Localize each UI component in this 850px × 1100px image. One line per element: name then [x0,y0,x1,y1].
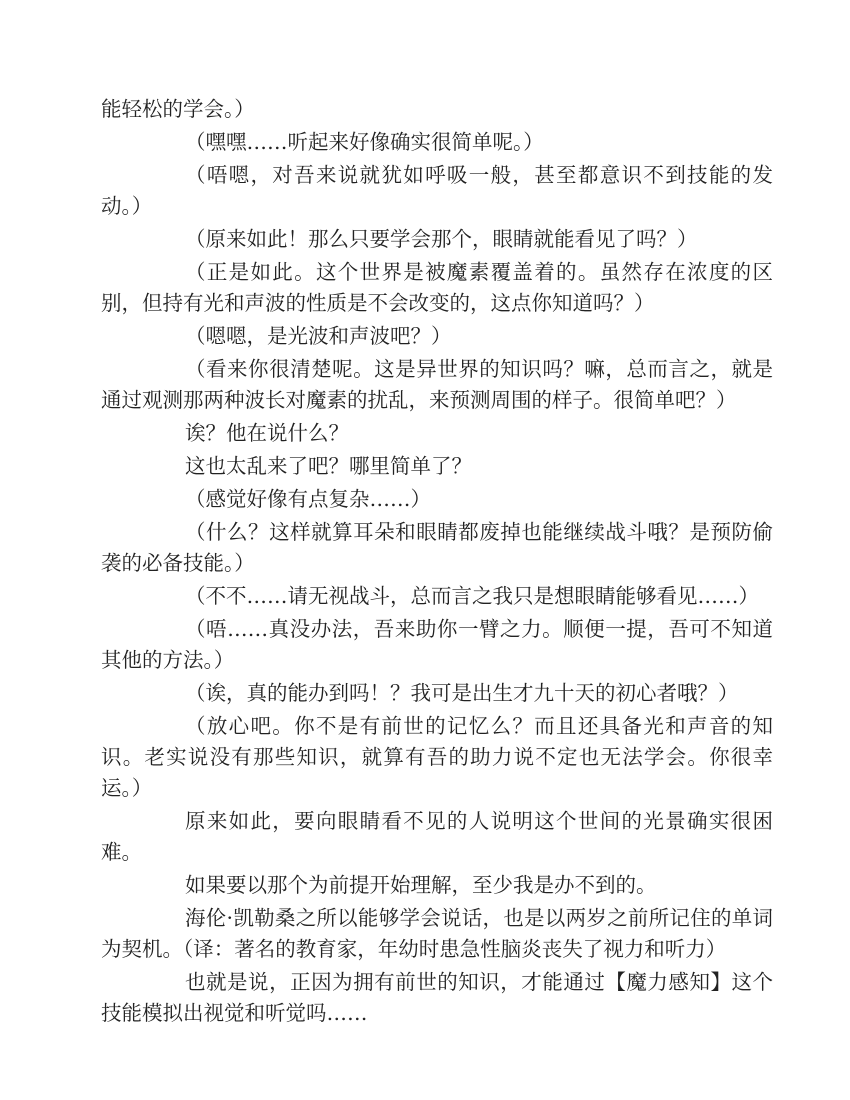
paragraph: （唔……真没办法，吾来助你一臂之力。顺便一提，吾可不知道其他的方法。） [101,614,773,676]
paragraph: （什么？这样就算耳朵和眼睛都废掉也能继续战斗哦？是预防偷袭的必备技能。） [101,517,773,579]
paragraph: （正是如此。这个世界是被魔素覆盖着的。虽然存在浓度的区别，但持有光和声波的性质是… [101,257,773,319]
paragraph: 海伦·凯勒桑之所以能够学会说话，也是以两岁之前所记住的单词为契机。（译：著名的教… [101,903,773,965]
paragraph: （原来如此！那么只要学会那个，眼睛就能看见了吗？） [101,224,773,255]
paragraph: 如果要以那个为前提开始理解，至少我是办不到的。 [101,870,773,901]
paragraph: 也就是说，正因为拥有前世的知识，才能通过【魔力感知】这个技能模拟出视觉和听觉吗…… [101,967,773,1029]
paragraph: （不不……请无视战斗，总而言之我只是想眼睛能够看见……） [101,581,773,612]
document-page: 能轻松的学会。） （嘿嘿……听起来好像确实很简单呢。） （唔嗯，对吾来说就犹如呼… [101,94,773,1031]
paragraph: 原来如此，要向眼睛看不见的人说明这个世间的光景确实很困难。 [101,806,773,868]
paragraph: 诶？他在说什么？ [101,418,773,449]
paragraph: （诶，真的能办到吗！？我可是出生才九十天的初心者哦？） [101,678,773,709]
paragraph: （嘿嘿……听起来好像确实很简单呢。） [101,127,773,158]
paragraph: （嗯嗯，是光波和声波吧？） [101,321,773,352]
paragraph: 这也太乱来了吧？哪里简单了？ [101,451,773,482]
paragraph: （看来你很清楚呢。这是异世界的知识吗？嘛，总而言之，就是通过观测那两种波长对魔素… [101,354,773,416]
paragraph: （唔嗯，对吾来说就犹如呼吸一般，甚至都意识不到技能的发动。） [101,160,773,222]
paragraph: （感觉好像有点复杂……） [101,484,773,515]
paragraph: 能轻松的学会。） [101,94,773,125]
paragraph: （放心吧。你不是有前世的记忆么？而且还具备光和声音的知识。老实说没有那些知识，就… [101,711,773,804]
